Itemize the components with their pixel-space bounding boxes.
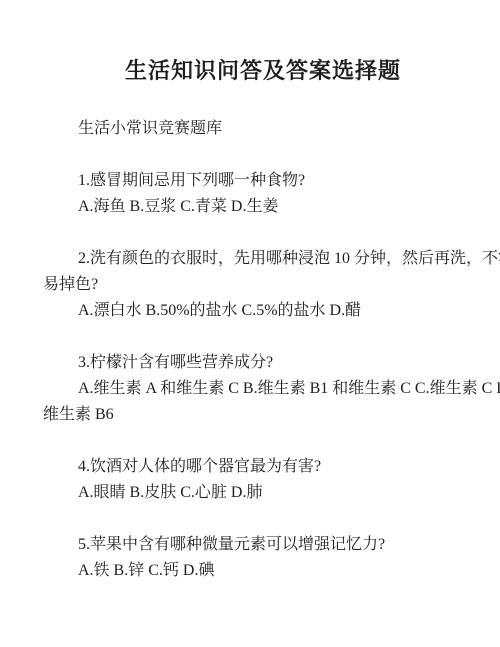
options-block-5: A.铁 B.锌 C.钙 D.碘	[43, 558, 483, 584]
options-text-line: A.漂白水 B.50%的盐水 C.5%的盐水 D.醋	[43, 298, 483, 324]
subtitle-text: 生活小常识竞赛题库	[43, 116, 483, 142]
options-block-2: A.漂白水 B.50%的盐水 C.5%的盐水 D.醋	[43, 298, 483, 324]
question-text-line: 1.感冒期间忌用下列哪一种食物?	[43, 168, 483, 194]
options-text-line: 维生素 B6	[43, 402, 483, 428]
options-text-line: A.眼睛 B.皮肤 C.心脏 D.肺	[43, 480, 483, 506]
options-text-line: A.海鱼 B.豆浆 C.青菜 D.生姜	[43, 194, 483, 220]
options-block-3: A.维生素 A 和维生素 C B.维生素 B1 和维生素 C C.维生素 C D…	[43, 376, 483, 428]
question-text-line: 易掉色?	[43, 272, 483, 298]
document-page: 生活知识问答及答案选择题 生活小常识竞赛题库 1.感冒期间忌用下列哪一种食物? …	[0, 0, 500, 647]
question-block-4: 4.饮酒对人体的哪个器官最为有害?	[43, 454, 483, 480]
document-subtitle: 生活小常识竞赛题库	[43, 116, 483, 142]
question-text-line: 4.饮酒对人体的哪个器官最为有害?	[43, 454, 483, 480]
question-block-3: 3.柠檬汁含有哪些营养成分?	[43, 350, 483, 376]
question-text-line: 3.柠檬汁含有哪些营养成分?	[43, 350, 483, 376]
question-text-line: 2.洗有颜色的衣服时，先用哪种浸泡 10 分钟，然后再洗，不容	[43, 246, 483, 272]
options-block-4: A.眼睛 B.皮肤 C.心脏 D.肺	[43, 480, 483, 506]
question-block-1: 1.感冒期间忌用下列哪一种食物?	[43, 168, 483, 194]
question-text-line: 5.苹果中含有哪种微量元素可以增强记忆力?	[43, 532, 483, 558]
question-block-5: 5.苹果中含有哪种微量元素可以增强记忆力?	[43, 532, 483, 558]
options-text-line: A.铁 B.锌 C.钙 D.碘	[43, 558, 483, 584]
question-block-2: 2.洗有颜色的衣服时，先用哪种浸泡 10 分钟，然后再洗，不容 易掉色?	[43, 246, 483, 298]
options-text-line: A.维生素 A 和维生素 C B.维生素 B1 和维生素 C C.维生素 C D…	[43, 376, 483, 402]
document-title: 生活知识问答及答案选择题	[43, 55, 483, 87]
options-block-1: A.海鱼 B.豆浆 C.青菜 D.生姜	[43, 194, 483, 220]
